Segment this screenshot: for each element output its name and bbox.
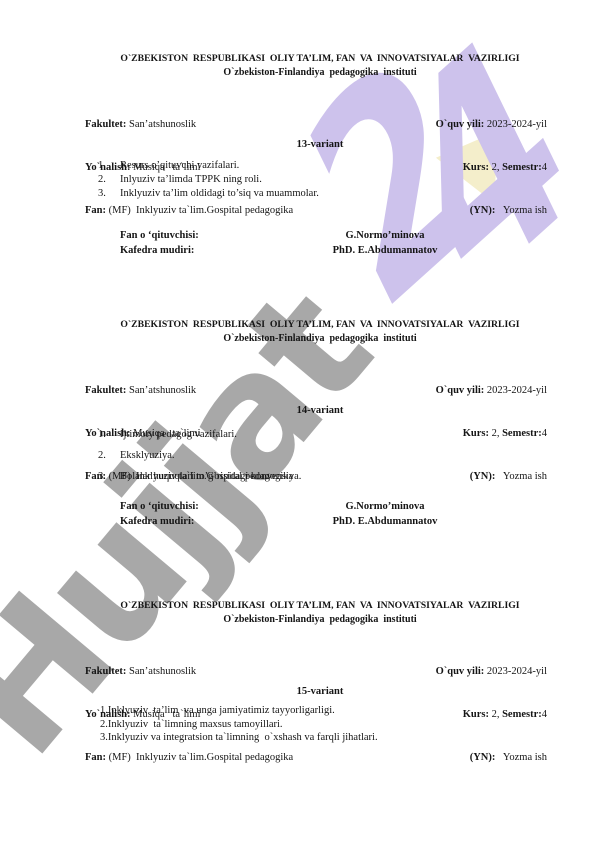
field-value: 2023-2024-yil [484, 385, 547, 396]
question-text: Bolalar huquqlari to’g’risidagi konvensi… [120, 471, 301, 482]
question-item: 3.Bolalar huquqlari to’g’risidagi konven… [85, 466, 555, 487]
ministry-title: O`ZBEKISTON RESPUBLIKASI OLIY TA’LIM, FA… [85, 53, 555, 64]
question-number: 1. [100, 705, 108, 716]
field-yn: (YN): Yozma ish [436, 204, 547, 218]
question-item: 3.Inklyuziv ta’lim oldidagi to’siq va mu… [85, 187, 555, 201]
question-item: 2.Inklyuziv ta`limning maxsus tamoyillar… [85, 718, 555, 732]
signature-row: Kafedra mudiri:PhD. E.Abdumannatov [85, 515, 555, 530]
question-number: 2. [98, 173, 106, 187]
signature-name: PhD. E.Abdumannatov [280, 244, 490, 259]
question-text: Eksklyuziya. [120, 450, 175, 461]
question-item: 1.Resurs o’qituvchi vazifalari. [85, 159, 555, 173]
question-list: 1.Inklyuziv ta’lim va unga jamiyatimiz t… [85, 704, 555, 745]
signature-name: G.Normo’minova [280, 500, 490, 515]
institute-subtitle: O`zbekiston-Finlandiya pedagogika instit… [85, 333, 555, 344]
field-value: Yozma ish [495, 752, 547, 763]
field-value: (MF) Inklyuziv ta`lim.Gospital pedagogik… [106, 205, 293, 216]
ministry-title: O`ZBEKISTON RESPUBLIKASI OLIY TA’LIM, FA… [85, 319, 555, 330]
field-value: (MF) Inklyuziv ta`lim.Gospital pedagogik… [106, 752, 293, 763]
institute-subtitle: O`zbekiston-Finlandiya pedagogika instit… [85, 67, 555, 78]
field-label: Fakultet: [85, 119, 126, 130]
ministry-title: O`ZBEKISTON RESPUBLIKASI OLIY TA’LIM, FA… [85, 600, 555, 611]
institute-subtitle-text: O`zbekiston-Finlandiya pedagogika instit… [223, 333, 416, 344]
field-fakultet: Fakultet: San’atshunoslik [85, 665, 293, 679]
question-text: Resurs o’qituvchi vazifalari. [120, 160, 239, 171]
signature-name: PhD. E.Abdumannatov [280, 515, 490, 530]
field-fan: Fan: (MF) Inklyuziv ta`lim.Gospital peda… [85, 204, 293, 218]
question-number: 1. [98, 159, 106, 173]
institute-subtitle-text: O`zbekiston-Finlandiya pedagogika instit… [223, 614, 416, 625]
question-text: Inklyuziv ta’lim va unga jamiyatimiz tay… [108, 705, 335, 716]
document-page: 2 4 Hujjat O`ZBEKISTON RESPUBLIKASI OLIY… [0, 0, 596, 842]
field-value: Yozma ish [495, 205, 547, 216]
institute-subtitle: O`zbekiston-Finlandiya pedagogika instit… [85, 614, 555, 625]
question-item: 1.Inklyuziv ta’lim va unga jamiyatimiz t… [85, 704, 555, 718]
field-value: San’atshunoslik [126, 385, 196, 396]
field-value: 2023-2024-yil [484, 666, 547, 677]
question-text: Inklyuziv ta’lim oldidagi to’siq va muam… [120, 188, 319, 199]
signature-row: Fan o ‘qituvchisi:G.Normo’minova [85, 229, 555, 244]
field-fan: Fan: (MF) Inklyuziv ta`lim.Gospital peda… [85, 751, 293, 765]
signature-label: Fan o ‘qituvchisi: [85, 500, 199, 515]
signature-label: Fan o ‘qituvchisi: [85, 229, 199, 244]
question-number: 2. [100, 719, 108, 730]
question-item: 2.Eksklyuziya. [85, 445, 555, 466]
field-label: (YN): [470, 752, 496, 763]
field-yn: (YN): Yozma ish [436, 751, 547, 765]
field-label: Fan: [85, 752, 106, 763]
question-item: 2.Inlyuziv ta’limda TPPK ning roli. [85, 173, 555, 187]
question-text: Inklyuziv ta`limning maxsus tamoyillari. [108, 719, 283, 730]
signature-label: Kafedra mudiri: [85, 244, 194, 259]
field-oquv-yili: O`quv yili: 2023-2024-yil [436, 384, 547, 398]
variant-section-15: O`ZBEKISTON RESPUBLIKASI OLIY TA’LIM, FA… [85, 600, 555, 755]
variant-heading: 13-variant [85, 139, 555, 150]
signature-row: Fan o ‘qituvchisi:G.Normo’minova [85, 500, 555, 515]
field-value: San’atshunoslik [126, 119, 196, 130]
field-oquv-yili: O`quv yili: 2023-2024-yil [436, 118, 547, 132]
field-label: O`quv yili: [436, 666, 485, 677]
field-oquv-yili: O`quv yili: 2023-2024-yil [436, 665, 547, 679]
question-list: 1.Ijtimoiy pedagog vazifalari. 2.Eksklyu… [85, 424, 555, 487]
variant-section-14: O`ZBEKISTON RESPUBLIKASI OLIY TA’LIM, FA… [85, 319, 555, 534]
question-list: 1.Resurs o’qituvchi vazifalari. 2.Inlyuz… [85, 159, 555, 202]
field-fakultet: Fakultet: San’atshunoslik [85, 118, 293, 132]
field-label: O`quv yili: [436, 119, 485, 130]
signature-name: G.Normo’minova [280, 229, 490, 244]
ministry-title-text: O`ZBEKISTON RESPUBLIKASI OLIY TA’LIM, FA… [120, 600, 519, 611]
field-label: O`quv yili: [436, 385, 485, 396]
field-value: San’atshunoslik [126, 666, 196, 677]
ministry-title-text: O`ZBEKISTON RESPUBLIKASI OLIY TA’LIM, FA… [120, 53, 519, 64]
question-item: 3.Inklyuziv va integratsion ta`limning o… [85, 731, 555, 745]
question-text: Inklyuziv va integratsion ta`limning o`x… [108, 732, 378, 743]
signature-block: Fan o ‘qituvchisi:G.Normo’minova Kafedra… [85, 500, 555, 529]
question-number: 3. [98, 187, 106, 201]
field-fakultet: Fakultet: San’atshunoslik [85, 384, 293, 398]
question-text: Ijtimoiy pedagog vazifalari. [120, 429, 237, 440]
institute-subtitle-text: O`zbekiston-Finlandiya pedagogika instit… [223, 67, 416, 78]
question-item: 1.Ijtimoiy pedagog vazifalari. [85, 424, 555, 445]
field-label: Fan: [85, 205, 106, 216]
field-label: (YN): [470, 205, 496, 216]
variant-heading: 15-variant [85, 686, 555, 697]
question-number: 3. [100, 732, 108, 743]
question-number: 1. [98, 424, 106, 445]
variant-heading: 14-variant [85, 405, 555, 416]
signature-row: Kafedra mudiri:PhD. E.Abdumannatov [85, 244, 555, 259]
field-label: Fakultet: [85, 666, 126, 677]
signature-label: Kafedra mudiri: [85, 515, 194, 530]
question-number: 2. [98, 445, 106, 466]
field-label: Fakultet: [85, 385, 126, 396]
ministry-title-text: O`ZBEKISTON RESPUBLIKASI OLIY TA’LIM, FA… [120, 319, 519, 330]
signature-block: Fan o ‘qituvchisi:G.Normo’minova Kafedra… [85, 229, 555, 258]
question-number: 3. [98, 466, 106, 487]
variant-section-13: O`ZBEKISTON RESPUBLIKASI OLIY TA’LIM, FA… [85, 53, 555, 268]
field-value: 2023-2024-yil [484, 119, 547, 130]
question-text: Inlyuziv ta’limda TPPK ning roli. [120, 174, 262, 185]
